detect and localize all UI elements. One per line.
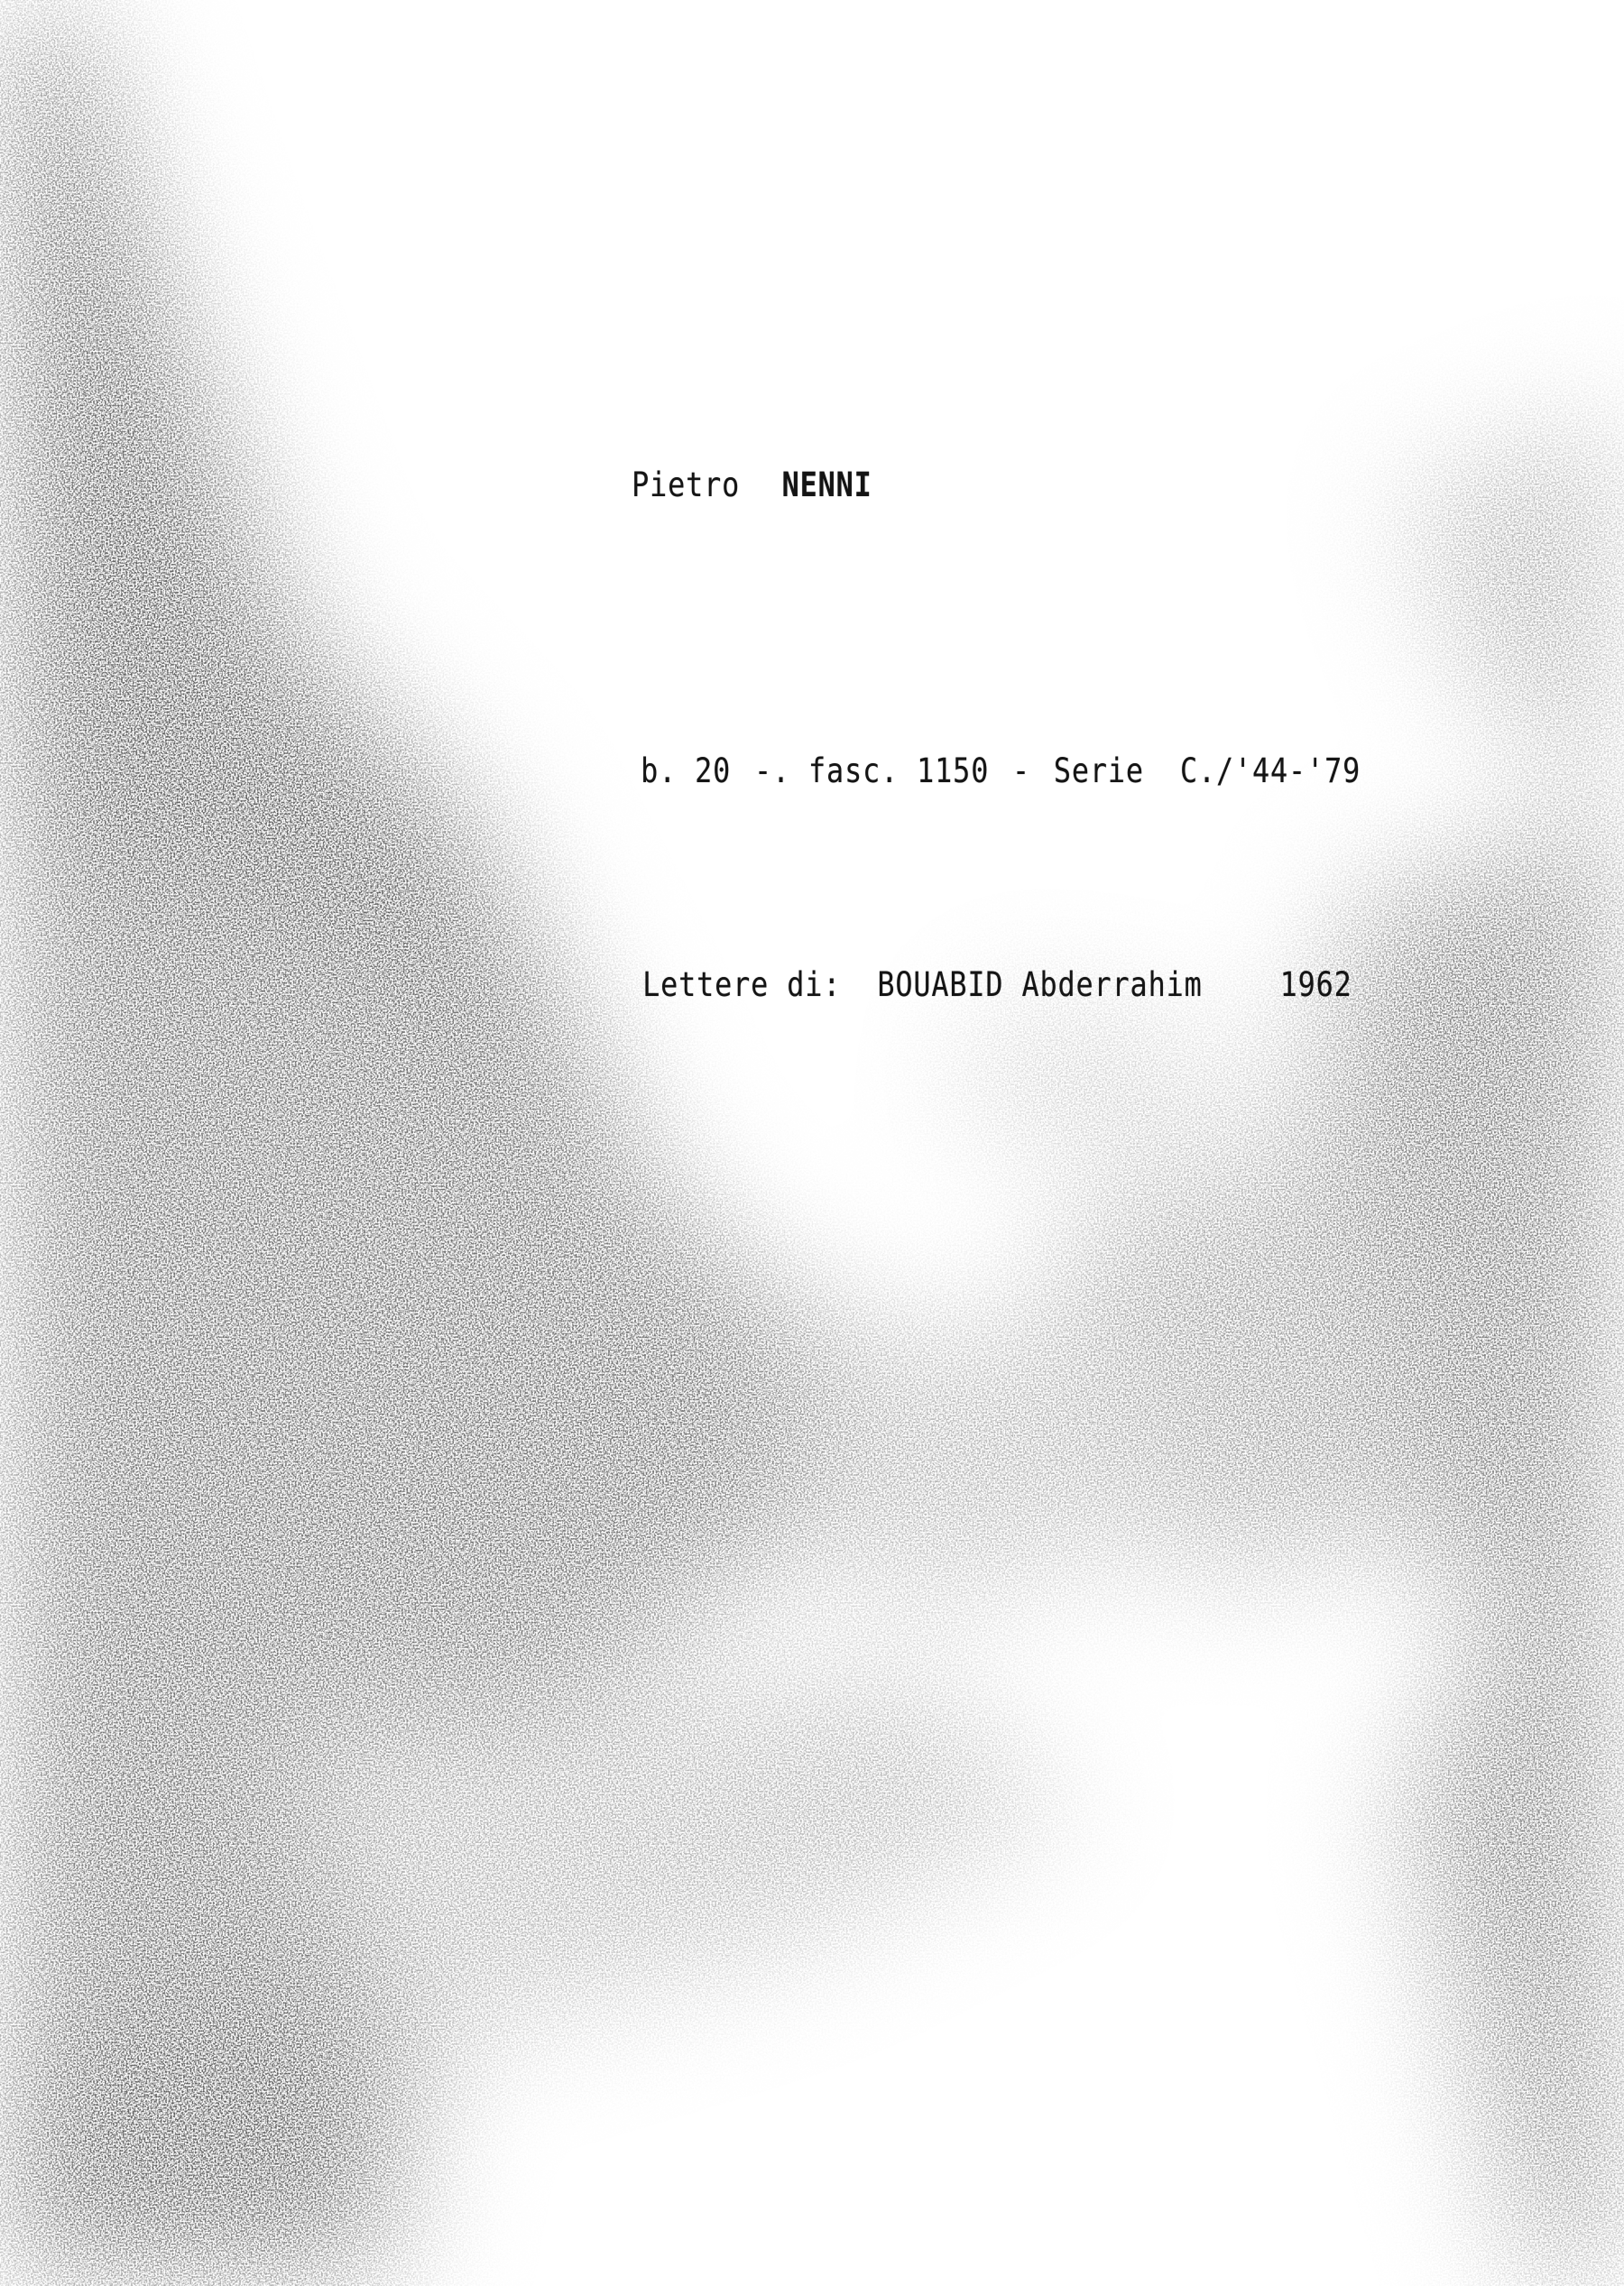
author-first-name: Pietro (632, 465, 740, 504)
correspondent-name: BOUABID Abderrahim (877, 965, 1202, 1004)
archive-reference-line: b. 20-. fasc. 1150-Serie C./'44-'79 (568, 713, 1361, 829)
scanned-document-page: PietroNENNI b. 20-. fasc. 1150-Serie C./… (0, 0, 1624, 2286)
letters-line: Lettere di: BOUABID Abderrahim1962 (570, 926, 1352, 1043)
scan-noise-background (0, 0, 1624, 2286)
author-last-name: NENNI (782, 465, 872, 504)
serie-label: Serie C./'44-'79 (1054, 751, 1361, 790)
letters-label: Lettere di: (642, 965, 841, 1004)
separator: -. (754, 751, 790, 790)
separator: - (1012, 751, 1030, 790)
letters-year: 1962 (1280, 965, 1352, 1004)
fascicolo-number: fasc. 1150 (808, 751, 989, 790)
author-line: PietroNENNI (559, 427, 872, 543)
busta-number: b. 20 (641, 751, 731, 790)
